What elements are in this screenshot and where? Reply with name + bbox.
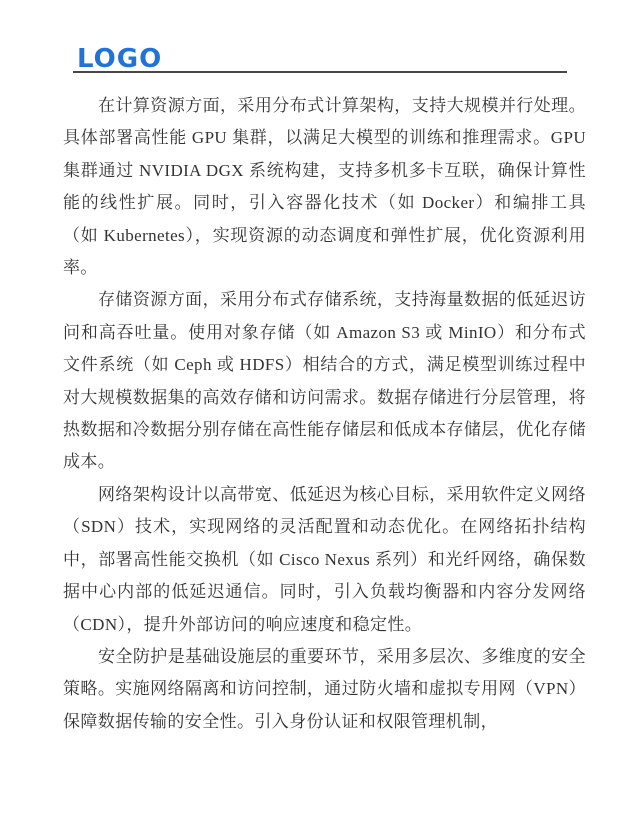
paragraph-computing-resources: 在计算资源方面，采用分布式计算架构，支持大规模并行处理。具体部署高性能 GPU …	[63, 90, 586, 284]
paragraph-security-protection: 安全防护是基础设施层的重要环节，采用多层次、多维度的安全策略。实施网络隔离和访问…	[63, 641, 586, 738]
logo-wordmark: LOGO	[77, 46, 162, 72]
document-body: 在计算资源方面，采用分布式计算架构，支持大规模并行处理。具体部署高性能 GPU …	[63, 90, 586, 738]
document-page: LOGO 在计算资源方面，采用分布式计算架构，支持大规模并行处理。具体部署高性能…	[0, 0, 640, 829]
paragraph-network-architecture: 网络架构设计以高带宽、低延迟为核心目标，采用软件定义网络（SDN）技术，实现网络…	[63, 479, 586, 641]
paragraph-storage-resources: 存储资源方面，采用分布式存储系统，支持海量数据的低延迟访问和高吞吐量。使用对象存…	[63, 284, 586, 478]
header-divider	[73, 71, 567, 73]
